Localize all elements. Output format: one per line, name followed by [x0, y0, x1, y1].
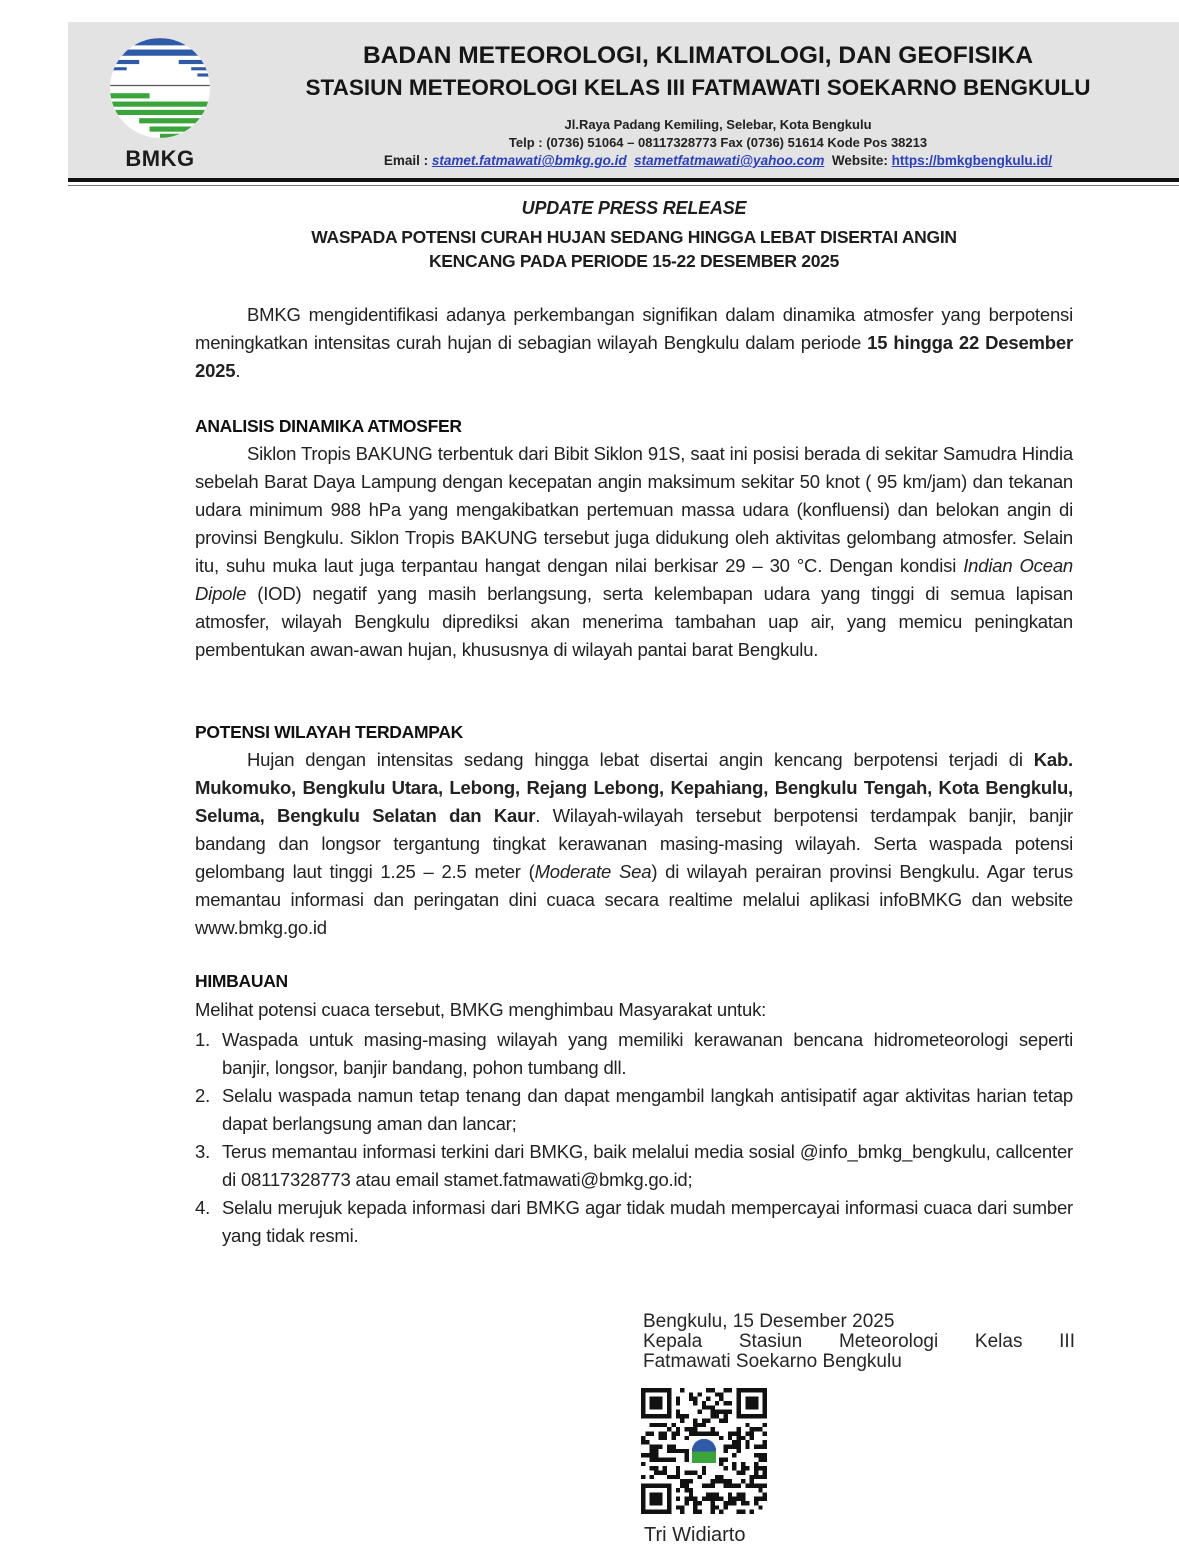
- appeal-item: 2.Selalu waspada namun tetap tenang dan …: [195, 1082, 1073, 1138]
- analysis-paragraph: Siklon Tropis BAKUNG terbentuk dari Bibi…: [195, 440, 1073, 664]
- signer-position-line-2: Fatmawati Soekarno Bengkulu: [643, 1352, 1075, 1372]
- intro-paragraph: BMKG mengidentifikasi adanya perkembanga…: [195, 301, 1073, 385]
- signer-position-line-1: Kepala Stasiun Meteorologi Kelas III: [643, 1332, 1075, 1352]
- bmkg-logo-icon: [108, 36, 212, 140]
- letterhead: BMKG BADAN METEOROLOGI, KLIMATOLOGI, DAN…: [68, 22, 1179, 178]
- organization-name: BADAN METEOROLOGI, KLIMATOLOGI, DAN GEOF…: [248, 42, 1148, 70]
- appeal-item: 1.Waspada untuk masing-masing wilayah ya…: [195, 1026, 1073, 1082]
- section-heading-appeal: HIMBAUAN: [195, 971, 1073, 992]
- place-date: Bengkulu, 15 Desember 2025: [643, 1312, 1075, 1332]
- logo-label: BMKG: [106, 146, 214, 172]
- headline-line-2: KENCANG PADA PERIODE 15-22 DESEMBER 2025: [195, 249, 1073, 273]
- signer-name: Tri Widiarto: [644, 1524, 745, 1547]
- appeal-list-container: 1.Waspada untuk masing-masing wilayah ya…: [195, 1026, 1073, 1250]
- qr-code-icon[interactable]: [641, 1388, 767, 1514]
- section-heading-analysis: ANALISIS DINAMIKA ATMOSFER: [195, 416, 1073, 437]
- email-link-primary[interactable]: stamet.fatmawati@bmkg.go.id: [432, 153, 627, 168]
- appeal-item: 3.Terus memantau informasi terkini dari …: [195, 1138, 1073, 1194]
- website-label: Website:: [832, 153, 888, 168]
- headline-line-1: WASPADA POTENSI CURAH HUJAN SEDANG HINGG…: [195, 225, 1073, 249]
- address: Jl.Raya Padang Kemiling, Selebar, Kota B…: [288, 117, 1148, 132]
- appeal-list: 1.Waspada untuk masing-masing wilayah ya…: [195, 1026, 1073, 1250]
- header-divider-thin: [68, 185, 1179, 186]
- impact-paragraph: Hujan dengan intensitas sedang hingga le…: [195, 746, 1073, 942]
- phone-fax-line: Telp : (0736) 51064 – 08117328773 Fax (0…: [288, 135, 1148, 150]
- document-headline: WASPADA POTENSI CURAH HUJAN SEDANG HINGG…: [195, 225, 1073, 273]
- email-link-secondary[interactable]: stametfatmawati@yahoo.com: [634, 153, 824, 168]
- appeal-lead: Melihat potensi cuaca tersebut, BMKG men…: [195, 996, 1073, 1024]
- signature-block: Bengkulu, 15 Desember 2025 Kepala Stasiu…: [643, 1312, 1075, 1372]
- contact-line: Email : stamet.fatmawati@bmkg.go.id stam…: [288, 153, 1148, 168]
- website-link[interactable]: https://bmkgbengkulu.id/: [892, 153, 1053, 168]
- station-name: STASIUN METEOROLOGI KELAS III FATMAWATI …: [238, 75, 1158, 101]
- section-heading-impact: POTENSI WILAYAH TERDAMPAK: [195, 722, 1073, 743]
- sea-state-term: Moderate Sea: [535, 861, 652, 882]
- document-kicker: UPDATE PRESS RELEASE: [195, 198, 1073, 219]
- email-label: Email :: [384, 153, 428, 168]
- appeal-item: 4.Selalu merujuk kepada informasi dari B…: [195, 1194, 1073, 1250]
- header-divider-thick: [68, 178, 1179, 182]
